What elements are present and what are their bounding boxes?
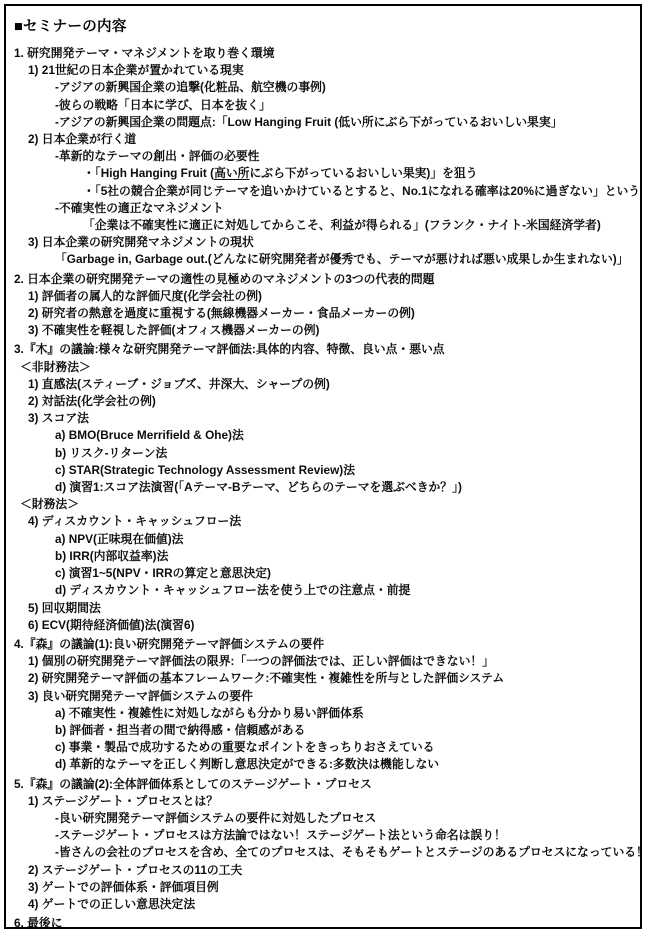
outline-line: 2) 研究開発テーマ評価の基本フレームワーク:不確実性・複雑性を所与とした評価シ…	[14, 670, 636, 687]
outline-line: b) IRR(内部収益率)法	[14, 548, 636, 565]
outline-line: c) 事業・製品で成功するための重要なポイントをきっちりおさえている	[14, 739, 636, 756]
section-heading: 5.『森』の議論(2):全体評価体系としてのステージゲート・プロセス	[14, 776, 636, 793]
outline-line: 2) 日本企業が行く道	[14, 131, 636, 148]
group-label: ＜非財務法＞	[14, 359, 636, 376]
outline-line: b) 評価者・担当者の間で納得感・信頼感がある	[14, 722, 636, 739]
section-heading: 4.『森』の議論(1):良い研究開発テーマ評価システムの要件	[14, 636, 636, 653]
outline-line: 4) ディスカウント・キャッシュフロー法	[14, 513, 636, 530]
outline-line: 3) 日本企業の研究開発マネジメントの現状	[14, 234, 636, 251]
outline-line: -アジアの新興国企業の問題点:「Low Hanging Fruit (低い所にぶ…	[14, 114, 636, 131]
outline-line: a) BMO(Bruce Merrifield & Ohe)法	[14, 427, 636, 444]
outline-line: b) リスク-リターン法	[14, 445, 636, 462]
outline-line: 4) ゲートでの正しい意思決定法	[14, 896, 636, 913]
outline-line: 1) 21世紀の日本企業が置かれている現実	[14, 62, 636, 79]
outline-line: d) 演習1:スコア法演習(「Aテーマ-Bテーマ、どちらのテーマを選ぶべきか？」…	[14, 479, 636, 496]
outline-line: -皆さんの会社のプロセスを含め、全てのプロセスは、そもそもゲートとステージのある…	[14, 844, 636, 861]
outline-line: 3) 良い研究開発テーマ評価システムの要件	[14, 688, 636, 705]
outline-line: -良い研究開発テーマ評価システムの要件に対処したプロセス	[14, 810, 636, 827]
outline-line: ・「5社の競合企業が同じテーマを追いかけているとすると、No.1になれる確率は2…	[14, 183, 636, 200]
outline-line: 3) 不確実性を軽視した評価(オフィス機器メーカーの例)	[14, 322, 636, 339]
outline-line: c) STAR(Strategic Technology Assessment …	[14, 462, 636, 479]
outline-line: a) 不確実性・複雑性に対処しながらも分かり易い評価体系	[14, 705, 636, 722]
outline-line: 1) 個別の研究開発テーマ評価法の限界:「一つの評価法では、正しい評価はできない…	[14, 653, 636, 670]
outline-line: 5) 回収期間法	[14, 600, 636, 617]
outline-line: 「企業は不確実性に適正に対処してからこそ、利益が得られる」(フランク・ナイト-米…	[14, 217, 636, 234]
group-label: ＜財務法＞	[14, 496, 636, 513]
outline-line: -ステージゲート・プロセスは方法論ではない！ステージゲート法という命名は誤り！	[14, 827, 636, 844]
section-heading: 2. 日本企業の研究開発テーマの適性の見極めのマネジメントの3つの代表的問題	[14, 271, 636, 288]
outline-line: -彼らの戦略「日本に学び、日本を抜く」	[14, 97, 636, 114]
outline-line: -アジアの新興国企業の追撃(化粧品、航空機の事例)	[14, 79, 636, 96]
section-heading: 6. 最後に	[14, 915, 636, 929]
document-frame: ■セミナーの内容 1. 研究開発テーマ・マネジメントを取り巻く環境 1) 21世…	[4, 4, 642, 929]
section-heading: 3.『木』の議論:様々な研究開発テーマ評価法:具体的内容、特徴、良い点・悪い点	[14, 341, 636, 358]
outline-line: 「Garbage in, Garbage out.(どんなに研究開発者が優秀でも…	[14, 251, 636, 268]
outline-line: 2) 対話法(化学会社の例)	[14, 393, 636, 410]
line-suffix: にぶら下がっているおいしい果実)」を狙う	[249, 166, 477, 180]
outline-line: a) NPV(正味現在価値)法	[14, 531, 636, 548]
outline-line: 3) ゲートでの評価体系・評価項目例	[14, 879, 636, 896]
outline-line: 3) スコア法	[14, 410, 636, 427]
outline-line: d) 革新的なテーマを正しく判断し意思決定ができる:多数決は機能しない	[14, 756, 636, 773]
outline-line: c) 演習1~5(NPV・IRRの算定と意思決定)	[14, 565, 636, 582]
outline-line: 2) ステージゲート・プロセスの11の工夫	[14, 862, 636, 879]
page-title: ■セミナーの内容	[14, 15, 636, 36]
outline-line: 6) ECV(期待経済価値)法(演習6)	[14, 617, 636, 634]
outline-line: -不確実性の適正なマネジメント	[14, 200, 636, 217]
outline-line: 2) 研究者の熱意を過度に重視する(無線機器メーカー・食品メーカーの例)	[14, 305, 636, 322]
outline-line: ・「High Hanging Fruit (高い所にぶら下がっているおいしい果実…	[14, 165, 636, 182]
outline-line: -革新的なテーマの創出・評価の必要性	[14, 148, 636, 165]
outline-line: d) ディスカウント・キャッシュフロー法を使う上での注意点・前提	[14, 582, 636, 599]
outline-line: 1) ステージゲート・プロセスとは？	[14, 793, 636, 810]
outline-line: 1) 評価者の属人的な評価尺度(化学会社の例)	[14, 288, 636, 305]
line-prefix: ・「High Hanging Fruit (	[83, 166, 214, 180]
outline-line: 1) 直感法(スティーブ・ジョブズ、井深大、シャープの例)	[14, 376, 636, 393]
underlined-phrase: 高い所	[214, 166, 249, 180]
seminar-outline: 1. 研究開発テーマ・マネジメントを取り巻く環境 1) 21世紀の日本企業が置か…	[14, 45, 636, 929]
section-heading: 1. 研究開発テーマ・マネジメントを取り巻く環境	[14, 45, 636, 62]
